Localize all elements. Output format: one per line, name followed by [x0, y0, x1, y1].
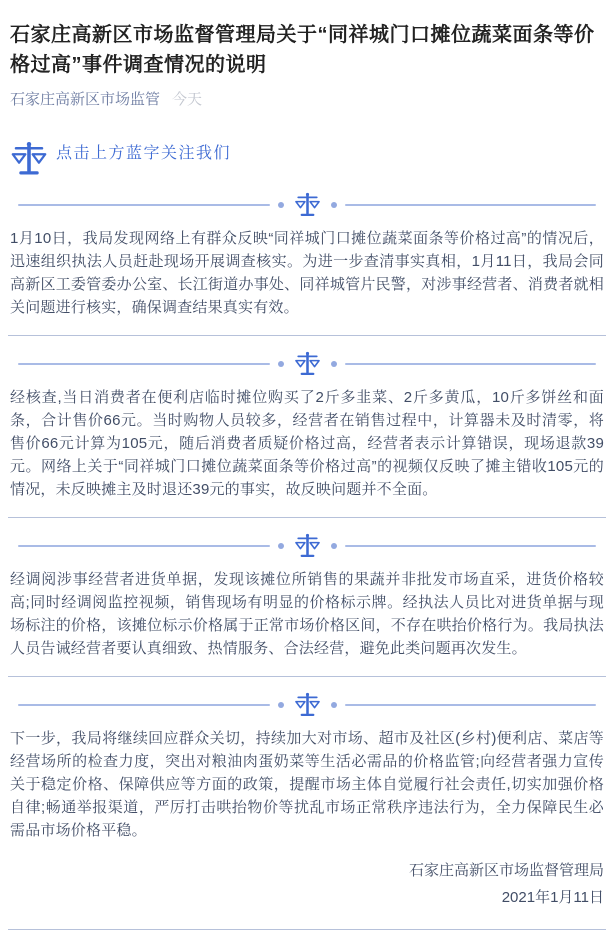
section-divider	[18, 351, 596, 377]
paragraph: 经核查,当日消费者在便利店临时摊位购买了2斤多韭菜、2斤多黄瓜，10斤多饼丝和面…	[10, 386, 604, 501]
section-hairline	[8, 517, 606, 518]
divider-line	[18, 363, 270, 365]
bottom-hairline	[8, 929, 606, 930]
scales-icon	[294, 351, 321, 377]
follow-label: 点击上方蓝字关注我们	[56, 144, 231, 164]
wechat-article-page: 石家庄高新区市场监督管理局关于“同祥城门口摊位蔬菜面条等价格过高”事件调查情况的…	[0, 0, 614, 944]
divider-dot	[278, 361, 284, 367]
divider-line	[345, 545, 597, 547]
paragraph: 下一步，我局将继续回应群众关切，持续加大对市场、超市及社区(乡村)便利店、菜店等…	[10, 727, 604, 842]
divider-dot	[278, 702, 284, 708]
divider-line	[18, 704, 270, 706]
divider-line	[18, 545, 270, 547]
divider-line	[18, 204, 270, 206]
divider-line	[345, 204, 597, 206]
account-name-link[interactable]: 石家庄高新区市场监管	[10, 91, 160, 108]
divider-dot	[278, 202, 284, 208]
divider-dot	[278, 543, 284, 549]
section-divider	[18, 692, 596, 718]
paragraph: 经调阅涉事经营者进货单据，发现该摊位所销售的果蔬并非批发市场直采，进货价格较高;…	[10, 568, 604, 660]
divider-line	[345, 363, 597, 365]
publish-time: 今天	[172, 91, 202, 108]
section-divider	[18, 192, 596, 218]
scales-icon	[10, 141, 48, 177]
scales-icon	[294, 692, 321, 718]
paragraph: 1月10日，我局发现网络上有群众反映“同祥城门口摊位蔬菜面条等价格过高”的情况后…	[10, 227, 604, 319]
divider-line	[345, 704, 597, 706]
article-title: 石家庄高新区市场监督管理局关于“同祥城门口摊位蔬菜面条等价格过高”事件调查情况的…	[10, 20, 604, 80]
signature-org: 石家庄高新区市场监督管理局	[10, 857, 604, 884]
divider-dot	[331, 543, 337, 549]
divider-dot	[331, 702, 337, 708]
byline: 石家庄高新区市场监管今天	[10, 91, 604, 109]
section-hairline	[8, 335, 606, 336]
section-hairline	[8, 676, 606, 677]
follow-banner[interactable]: 点击上方蓝字关注我们	[10, 141, 604, 177]
scales-icon	[294, 192, 321, 218]
signature-date: 2021年1月11日	[10, 884, 604, 911]
divider-dot	[331, 361, 337, 367]
signature-block: 石家庄高新区市场监督管理局 2021年1月11日	[10, 857, 604, 911]
scales-icon	[294, 533, 321, 559]
follow-text-wrap: 点击上方蓝字关注我们	[56, 144, 231, 164]
section-divider	[18, 533, 596, 559]
divider-dot	[331, 202, 337, 208]
